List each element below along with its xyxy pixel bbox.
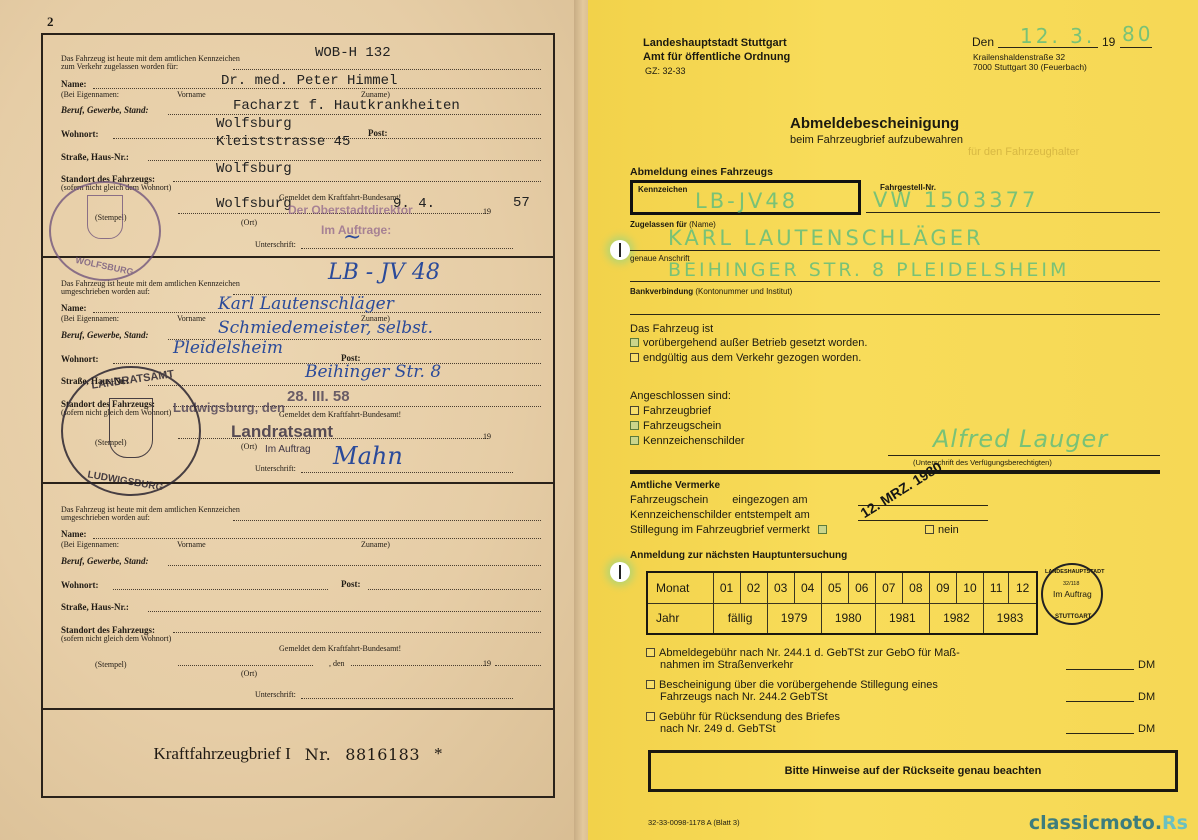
attachment-option: Fahrzeugschein [630,420,721,432]
name-value: Karl Lautenschläger [218,294,394,314]
year-prefix: 19 [483,432,491,441]
kennzeichen-label: Kennzeichen [638,185,687,194]
year-value: 57 [513,195,530,211]
month-cell: 01 [713,572,740,603]
wohnort-value: Pleidelsheim [173,338,283,358]
signature-1: ~ [343,225,361,250]
gemeldet-note: Gemeldet dem Kraftfahrt-Bundesamt! [279,644,401,653]
kennzeichen-value: LB-JV48 [695,189,798,213]
fee-checkbox[interactable] [646,648,655,657]
intro-line-2: zum Verkehr zugelassen worden für: [61,62,178,71]
vorname-label: Vorname [177,540,206,549]
post-label: Post: [341,579,361,589]
standort-value: Wolfsburg [216,161,292,177]
brief-footer: Kraftfahrzeugbrief I Nr. 8816183 * [43,710,553,798]
stillegung-ja-checkbox[interactable] [818,525,827,534]
year-cell: fällig [713,603,767,634]
right-page-abmeldebescheinigung: für den Fahrzeughalter Landeshauptstadt … [588,0,1198,840]
attachment-option-checkbox[interactable] [630,436,639,445]
owner-signature: Alfred Lauger [933,425,1108,453]
wohnort-value: Wolfsburg [216,116,292,132]
landratsamt-stamp: Landratsamt [231,422,333,442]
attachment-option-checkbox[interactable] [630,406,639,415]
month-cell: 05 [821,572,848,603]
document-title: Abmeldebescheinigung [790,115,959,132]
ort-caption: (Ort) [241,442,257,451]
stillegung-nein: nein [925,524,959,536]
month-cell: 11 [983,572,1008,603]
month-cell: 02 [740,572,767,603]
status-option-checkbox[interactable] [630,353,639,362]
anschrift-value: BEIHINGER STR. 8 PLEIDELSHEIM [668,259,1069,281]
status-option-checkbox[interactable] [630,338,639,347]
fee-currency: DM [1138,691,1155,703]
brief-number: 8816183 [345,745,420,764]
fee-line-2: nach Nr. 249 d. GebTSt [646,723,776,735]
year-handwritten: 80 [1122,22,1153,46]
stuttgart-seal: LANDESHAUPTSTADT 32/118 Im Auftrag STUTT… [1041,563,1103,625]
year-prefix: 19 [1102,35,1115,49]
beruf-label: Beruf, Gewerbe, Stand: [61,556,149,566]
year-cell: 1983 [983,603,1037,634]
name-label: Name: [61,303,87,313]
year-prefix: 19 [483,207,491,216]
authority-line-2: Amt für öffentliche Ordnung [643,51,790,63]
post-label: Post: [368,128,388,138]
month-cell: 10 [956,572,983,603]
month-cell: 08 [902,572,929,603]
zuname-label: Zuname) [361,540,390,549]
unterschrift-label: Unterschrift: [255,464,296,473]
beruf-value: Facharzt f. Hautkrankheiten [233,98,460,114]
fahrzeug-ist-label: Das Fahrzeug ist [630,323,713,335]
strasse-value: Kleiststrasse 45 [216,134,350,150]
signature-2: Mahn [333,442,403,470]
den-label: , den [329,659,345,668]
stillegung-row: Stillegung im Fahrzeugbrief vermerkt [630,524,831,536]
fee-checkbox[interactable] [646,680,655,689]
beruf-value: Schmiedemeister, selbst. [218,318,433,338]
name-hint: (Bei Eigennamen: [61,540,119,549]
gz-number: GZ: 32-33 [645,66,686,76]
year-cell: 1980 [821,603,875,634]
address-line-2: 7000 Stuttgart 30 (Feuerbach) [973,62,1087,72]
jahr-label: Jahr [647,603,713,634]
wohnort-label: Wohnort: [61,580,99,590]
ort-caption: (Ort) [241,218,257,227]
year-cell: 1982 [929,603,983,634]
fee-currency: DM [1138,659,1155,671]
month-cell: 07 [875,572,902,603]
hu-title: Anmeldung zur nächsten Hauptuntersuchung [630,550,847,561]
registration-section-2: Das Fahrzeug ist heute mit dem amtlichen… [43,258,553,484]
angeschlossen-label: Angeschlossen sind: [630,390,731,402]
strasse-label: Straße, Haus-Nr.: [61,602,129,612]
brief-title: Kraftfahrzeugbrief I [153,744,290,764]
gemeldet-note: Gemeldet dem Kraftfahrt-Bundesamt! [279,193,401,202]
amtliche-vermerke-title: Amtliche Vermerke [630,480,720,491]
intro-line-2: umgeschrieben worden auf: [61,287,150,296]
month-cell: 03 [767,572,794,603]
watermark-logo: classicmoto.Rs [1029,812,1188,834]
ort-caption: (Ort) [241,669,257,678]
address-line-1: Krailenshaldenstraße 32 [973,52,1065,62]
registration-section-1: Das Fahrzeug ist heute mit dem amtlichen… [43,35,553,258]
fee-row: Gebühr für Rücksendung des Briefesnach N… [646,711,840,735]
attachment-option-label: Fahrzeugbrief [643,405,711,417]
year-cell: 1979 [767,603,821,634]
beruf-label: Beruf, Gewerbe, Stand: [61,105,149,115]
month-cell: 12 [1009,572,1037,603]
wohnort-label: Wohnort: [61,129,99,139]
attachment-option-checkbox[interactable] [630,421,639,430]
fee-checkbox[interactable] [646,712,655,721]
office-stamp: Der Oberstadtdirektor [288,203,413,217]
section-abmeldung: Abmeldung eines Fahrzeugs [630,166,773,178]
gemeldet-note: Gemeldet dem Kraftfahrt-Bundesamt! [279,410,401,419]
monat-label: Monat [647,572,713,603]
notice-box: Bitte Hinweise auf der Rückseite genau b… [648,750,1178,792]
form-code: 32-33-0098-1178 A (Blatt 3) [648,818,740,827]
status-option-label: endgültig aus dem Verkehr gezogen worden… [643,352,861,364]
month-cell: 06 [848,572,875,603]
ludwigsburg-seal: LANDRATSAMT LUDWIGSBURG [61,366,201,496]
status-option: endgültig aus dem Verkehr gezogen worden… [630,352,861,364]
page-number: 2 [47,14,54,30]
fee-line-2: Fahrzeugs nach Nr. 244.2 GebTSt [646,691,828,703]
ort-value: Wolfsburg [216,196,292,212]
plate-number: WOB-H 132 [315,45,391,61]
wohnort-label: Wohnort: [61,354,99,364]
im-auftrag-stamp: Im Auftrag [265,444,311,455]
bank-label: Bankverbindung (Kontonummer und Institut… [630,287,792,296]
date-stamp: 28. III. 58 [287,388,350,405]
notice-text: Bitte Hinweise auf der Rückseite genau b… [785,765,1042,777]
registration-frame: Das Fahrzeug ist heute mit dem amtlichen… [41,33,555,798]
name-hint: (Bei Eigennamen: [61,90,119,99]
asterisk-mark: * [434,744,443,764]
authority-line-1: Landeshauptstadt Stuttgart [643,37,787,49]
attachment-option-label: Kennzeichenschilder [643,435,745,447]
kennzeichen-field[interactable]: Kennzeichen LB-JV48 [630,180,861,215]
strasse-value: Beihinger Str. 8 [305,362,441,382]
fee-currency: DM [1138,723,1155,735]
month-cell: 09 [929,572,956,603]
fahrgestell-value: VW 1503377 [873,188,1038,212]
fee-line-1: Bescheinigung über die vorübergehende St… [659,679,938,691]
name-value: Dr. med. Peter Himmel [221,73,397,89]
punch-hole-icon [610,240,630,260]
plate-number: LB - JV 48 [328,260,440,285]
name-hint: (Bei Eigennamen: [61,314,119,323]
status-option-label: vorübergehend außer Betrieb gesetzt word… [643,337,867,349]
date-handwritten: 12. 3. [1020,24,1095,48]
standort-hint: (sofern nicht gleich dem Wohnort) [61,634,171,643]
beruf-label: Beruf, Gewerbe, Stand: [61,330,149,340]
vermerk-kennzeichenschilder: Kennzeichenschilder entstempelt am [630,509,810,521]
punch-hole-icon [610,562,630,582]
intro-line-2: umgeschrieben worden auf: [61,513,150,522]
hauptuntersuchung-table: Monat010203040506070809101112 Jahrfällig… [646,571,1038,635]
attachment-option: Kennzeichenschilder [630,435,745,447]
brief-nr-label: Nr. [305,745,331,764]
fee-row: Bescheinigung über die vorübergehende St… [646,679,938,703]
status-option: vorübergehend außer Betrieb gesetzt word… [630,337,867,349]
vorname-label: Vorname [177,314,206,323]
stillegung-nein-checkbox[interactable] [925,525,934,534]
left-page-kraftfahrzeugbrief: 2 Das Fahrzeug ist heute mit dem amtlich… [0,0,588,840]
registration-section-3: Das Fahrzeug ist heute mit dem amtlichen… [43,484,553,710]
fee-line-2: nahmen im Straßenverkehr [646,659,793,671]
fee-line-1: Abmeldegebühr nach Nr. 244.1 d. GebTSt z… [659,647,960,659]
vermerk-fahrzeugschein: Fahrzeugscheineingezogen am [630,494,808,506]
zugelassen-value: KARL LAUTENSCHLÄGER [668,226,984,250]
unterschrift-label: Unterschrift: [255,690,296,699]
den-label: Den [972,35,994,49]
stempel-caption: (Stempel) [95,660,127,669]
attachment-option-label: Fahrzeugschein [643,420,721,432]
year-prefix: 19 [483,659,491,668]
document-subtitle: beim Fahrzeugbrief aufzubewahren [790,134,963,146]
unterschrift-label: Unterschrift: [255,240,296,249]
date-stamp: 12. MRZ. 1980 [858,458,945,521]
fee-line-1: Gebühr für Rücksendung des Briefes [659,711,840,723]
vorname-label: Vorname [177,90,206,99]
fee-row: Abmeldegebühr nach Nr. 244.1 d. GebTSt z… [646,647,960,671]
year-cell: 1981 [875,603,929,634]
strasse-label: Straße, Haus-Nr.: [61,152,129,162]
month-cell: 04 [794,572,821,603]
name-label: Name: [61,529,87,539]
attachment-option: Fahrzeugbrief [630,405,711,417]
name-label: Name: [61,79,87,89]
